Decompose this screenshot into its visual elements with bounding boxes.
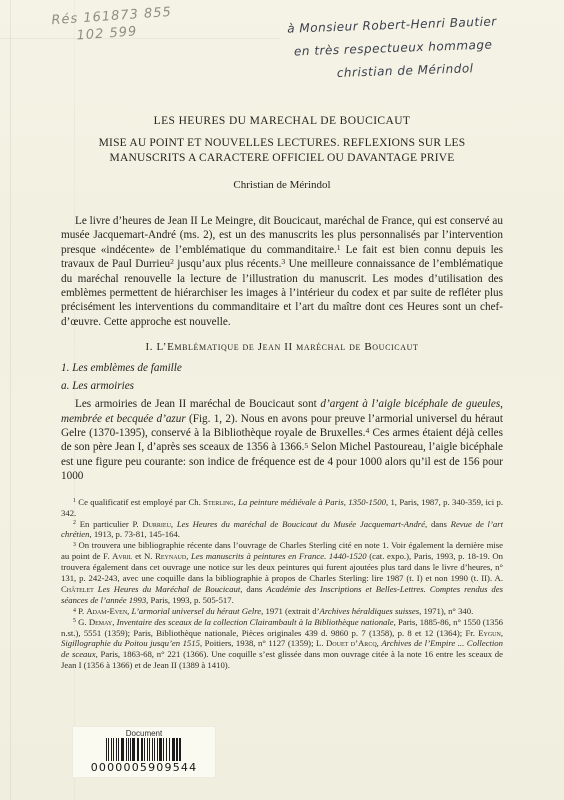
section-heading: I. L’Emblématique de Jean II maréchal de… — [61, 341, 503, 353]
barcode-label-text: Document — [126, 729, 162, 738]
footnote-5: 5 G. Demay, Inventaire des sceaux de la … — [61, 617, 503, 672]
subsection-heading-family-emblems: 1. Les emblèmes de famille — [61, 362, 503, 374]
footnote-3: 3 On trouvera une bibliographie récente … — [61, 540, 503, 605]
article-author: Christian de Mérindol — [61, 179, 503, 191]
article-subtitle: MISE AU POINT ET NOUVELLES LECTURES. REF… — [61, 136, 503, 166]
article-subtitle-line1: MISE AU POINT ET NOUVELLES LECTURES. REF… — [61, 136, 503, 151]
paragraph-armoiries: Les armoiries de Jean II maréchal de Bou… — [61, 397, 503, 483]
scanned-page: { "handwriting": { "pencil_line1": "Rés … — [0, 0, 564, 800]
footnote-4: 4 P. Adam-Even, L’armorial universel du … — [61, 606, 503, 617]
footnotes-block: 1 Ce qualificatif est employé par Ch. St… — [61, 497, 503, 672]
page-fold-line — [10, 0, 11, 800]
footnote-2: 2 En particulier P. Durrieu, Les Heures … — [61, 519, 503, 541]
article-title: LES HEURES DU MARECHAL DE BOUCICAUT — [61, 115, 503, 127]
subsection-heading-armoiries: a. Les armoiries — [61, 380, 503, 392]
barcode-number: 0000005909544 — [91, 761, 198, 774]
barcode-sticker: Document 0000005909544 — [72, 726, 216, 778]
paragraph-intro: Le livre d’heures de Jean II Le Meingre,… — [61, 214, 503, 329]
footnote-1: 1 Ce qualificatif est employé par Ch. St… — [61, 497, 503, 519]
article-page: LES HEURES DU MARECHAL DE BOUCICAUT MISE… — [61, 0, 503, 671]
barcode-bars — [106, 738, 183, 761]
article-subtitle-line2: MANUSCRITS A CARACTERE OFFICIEL OU DAVAN… — [61, 151, 503, 166]
